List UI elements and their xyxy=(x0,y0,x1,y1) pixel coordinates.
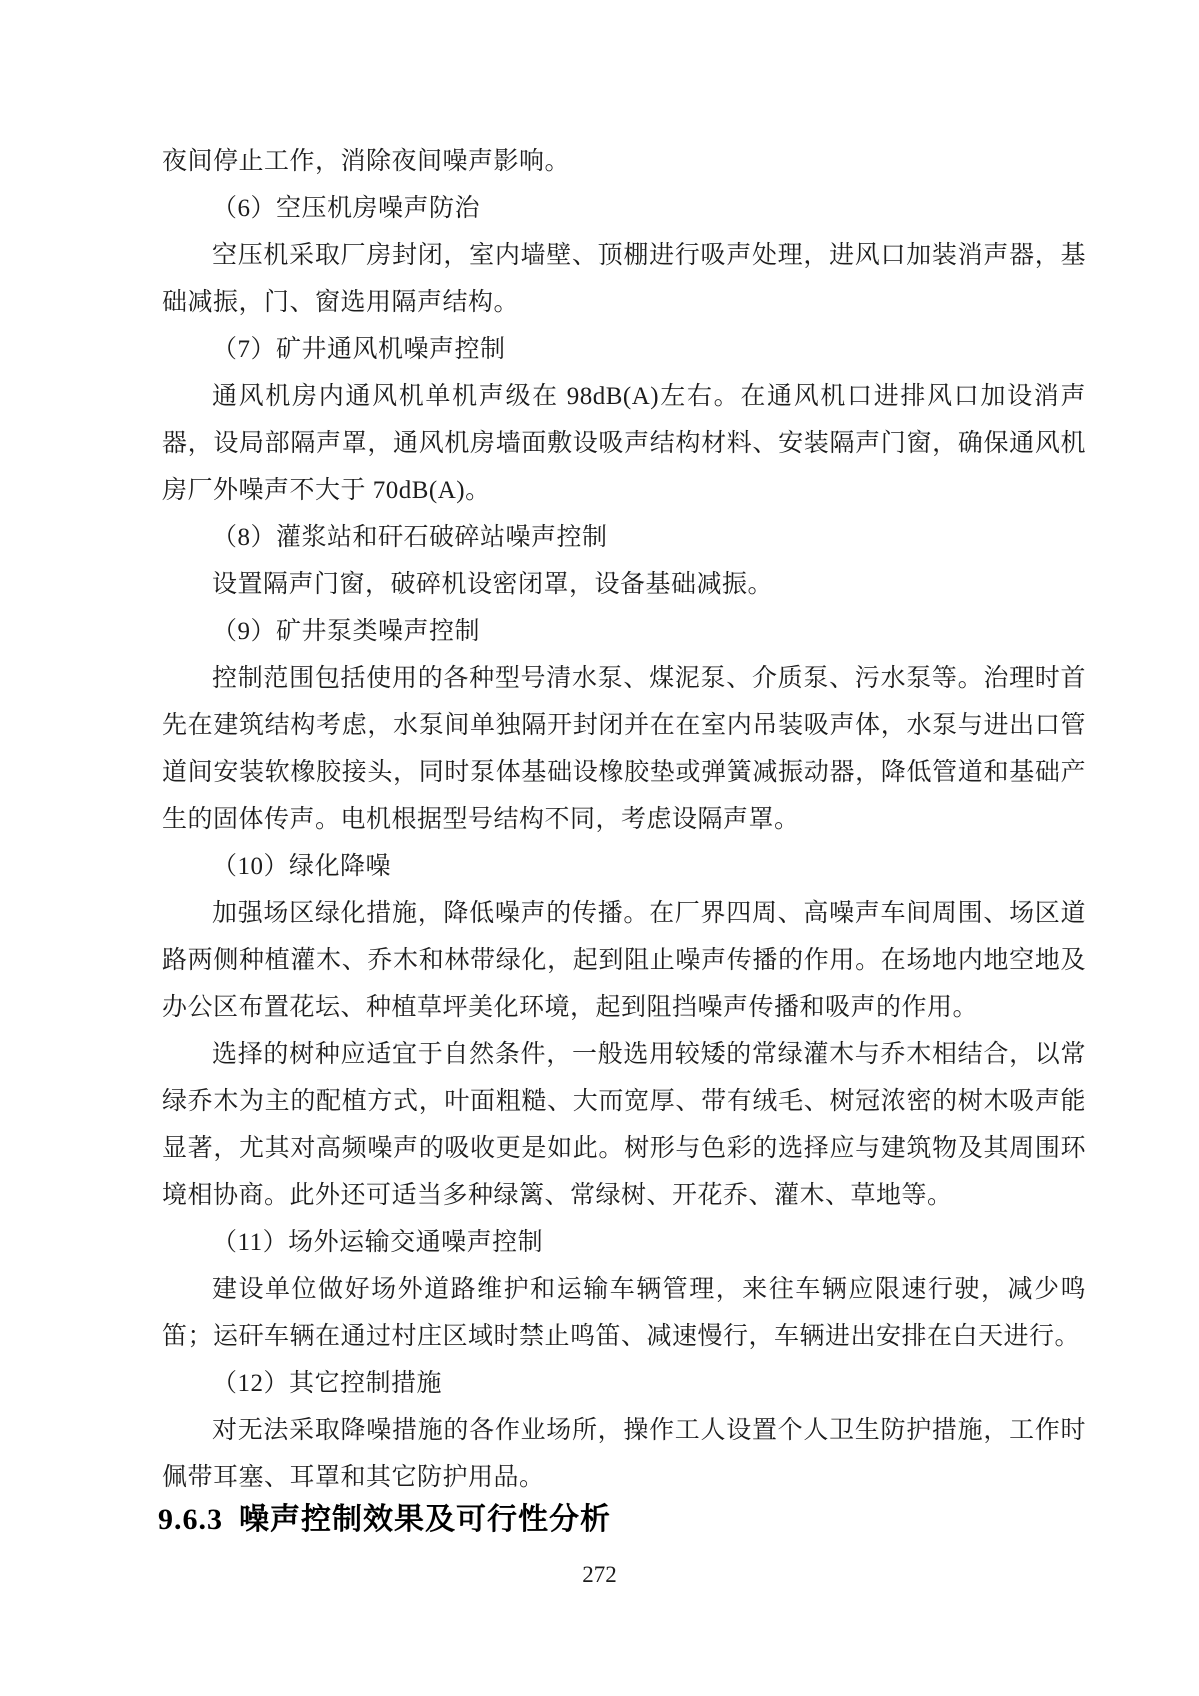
item-10-title: （10）绿化降噪 xyxy=(162,843,1086,890)
item-8-body: 设置隔声门窗，破碎机设密闭罩，设备基础减振。 xyxy=(162,561,1086,608)
item-12-title: （12）其它控制措施 xyxy=(162,1360,1086,1407)
item-8-title: （8）灌浆站和矸石破碎站噪声控制 xyxy=(162,514,1086,561)
paragraph-continuation: 夜间停止工作，消除夜间噪声影响。 xyxy=(162,138,1086,185)
item-6-body: 空压机采取厂房封闭，室内墙壁、顶棚进行吸声处理，进风口加装消声器，基础减振，门、… xyxy=(162,232,1086,326)
item-10-body: 加强场区绿化措施，降低噪声的传播。在厂界四周、高噪声车间周围、场区道路两侧种植灌… xyxy=(162,890,1086,1031)
item-6-title: （6）空压机房噪声防治 xyxy=(162,185,1086,232)
section-number: 9.6.3 xyxy=(158,1503,223,1536)
section-title: 噪声控制效果及可行性分析 xyxy=(239,1503,611,1536)
item-7-title: （7）矿井通风机噪声控制 xyxy=(162,326,1086,373)
item-7-body: 通风机房内通风机单机声级在 98dB(A)左右。在通风机口进排风口加设消声器，设… xyxy=(162,373,1086,514)
item-9-body: 控制范围包括使用的各种型号清水泵、煤泥泵、介质泵、污水泵等。治理时首先在建筑结构… xyxy=(162,655,1086,843)
body-text: 夜间停止工作，消除夜间噪声影响。 （6）空压机房噪声防治 空压机采取厂房封闭，室… xyxy=(162,138,1086,1501)
item-9-title: （9）矿井泵类噪声控制 xyxy=(162,608,1086,655)
item-10-body-2: 选择的树种应适宜于自然条件，一般选用较矮的常绿灌木与乔木相结合，以常绿乔木为主的… xyxy=(162,1031,1086,1219)
item-11-title: （11）场外运输交通噪声控制 xyxy=(162,1219,1086,1266)
section-heading: 9.6.3噪声控制效果及可行性分析 xyxy=(158,1500,611,1540)
item-11-body: 建设单位做好场外道路维护和运输车辆管理，来往车辆应限速行驶，减少鸣笛；运矸车辆在… xyxy=(162,1266,1086,1360)
item-12-body: 对无法采取降噪措施的各作业场所，操作工人设置个人卫生防护措施，工作时佩带耳塞、耳… xyxy=(162,1407,1086,1501)
page-number: 272 xyxy=(0,1560,1199,1590)
document-page: 夜间停止工作，消除夜间噪声影响。 （6）空压机房噪声防治 空压机采取厂房封闭，室… xyxy=(0,0,1199,1696)
